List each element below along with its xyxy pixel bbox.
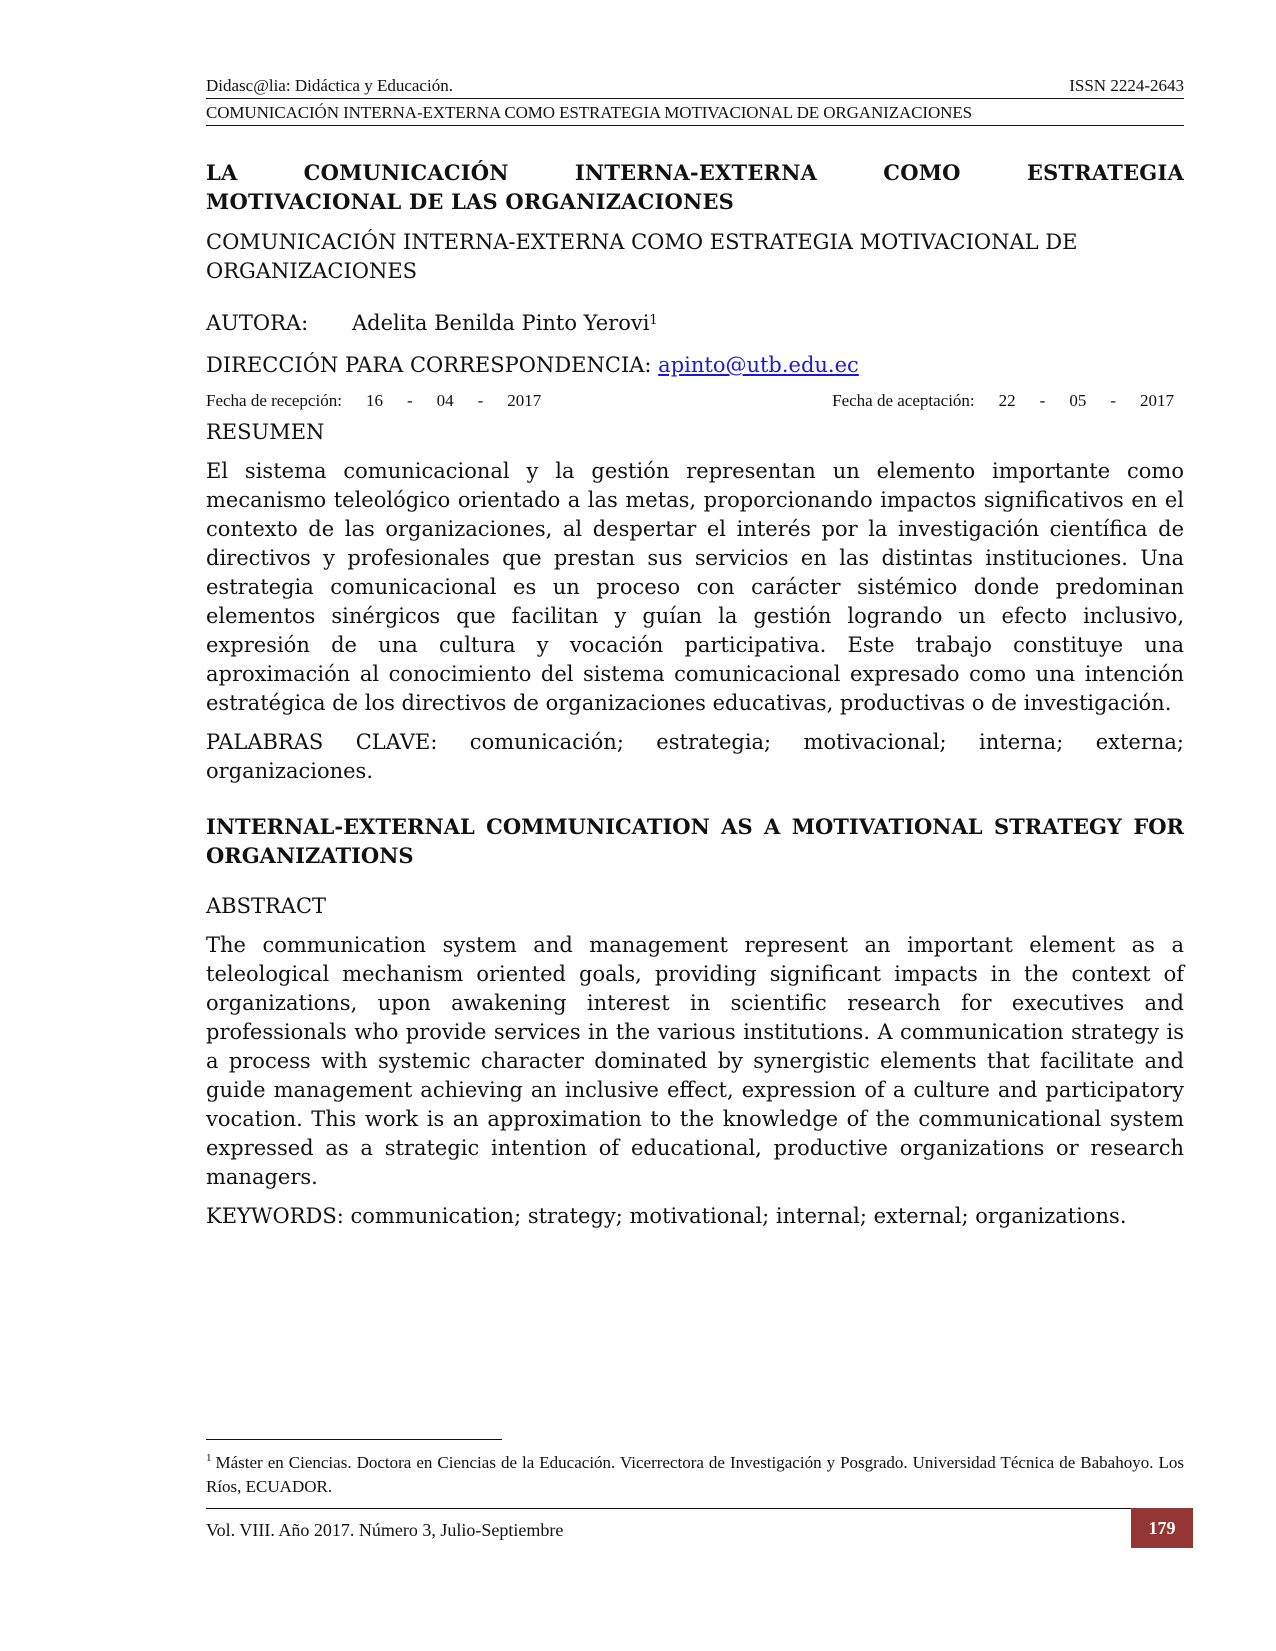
palabras-clave: PALABRAS CLAVE: comunicación; estrategia… — [206, 728, 1184, 786]
footnote-text: Máster en Ciencias. Doctora en Ciencias … — [206, 1453, 1184, 1496]
accepted-year: 2017 — [1140, 390, 1174, 412]
title-word: COMUNICACIÓN — [304, 158, 509, 187]
title-spanish-line1: LA COMUNICACIÓN INTERNA-EXTERNA COMO EST… — [206, 158, 1184, 187]
resumen-heading: RESUMEN — [206, 418, 1184, 447]
received-month: 04 — [437, 390, 454, 412]
title-word: ESTRATEGIA — [1027, 158, 1184, 187]
resumen-text: El sistema comunicacional y la gestión r… — [206, 457, 1184, 718]
title-spanish: LA COMUNICACIÓN INTERNA-EXTERNA COMO EST… — [206, 158, 1184, 216]
keywords: KEYWORDS: communication; strategy; motiv… — [206, 1202, 1184, 1231]
footnote-separator — [206, 1439, 502, 1440]
title-word: INTERNA-EXTERNA — [575, 158, 817, 187]
footnote: 1Máster en Ciencias. Doctora en Ciencias… — [206, 1446, 1184, 1499]
issue-info: Vol. VIII. Año 2017. Número 3, Julio-Sep… — [206, 1516, 563, 1544]
correspondence-line: DIRECCIÓN PARA CORRESPONDENCIA: apinto@u… — [206, 351, 1184, 380]
date-separator: - — [1110, 390, 1116, 412]
received-label: Fecha de recepción: — [206, 390, 342, 412]
document-page: Didasc@lia: Didáctica y Educación. ISSN … — [0, 0, 1276, 1651]
author-label: AUTORA: — [206, 309, 352, 338]
accepted-date: Fecha de aceptación: 22 - 05 - 2017 — [832, 390, 1174, 412]
abstract-heading: ABSTRACT — [206, 892, 1184, 921]
footer-rule — [206, 1508, 1131, 1509]
author-name: Adelita Benilda Pinto Yerovi — [352, 311, 649, 335]
accepted-month: 05 — [1069, 390, 1086, 412]
footnote-mark: 1 — [206, 1452, 212, 1464]
running-header-top: Didasc@lia: Didáctica y Educación. ISSN … — [206, 74, 1184, 99]
received-day: 16 — [366, 390, 383, 412]
correspondence-label: DIRECCIÓN PARA CORRESPONDENCIA: — [206, 353, 651, 377]
dates-row: Fecha de recepción: 16 - 04 - 2017 Fecha… — [206, 390, 1184, 412]
accepted-label: Fecha de aceptación: — [832, 390, 975, 412]
date-separator: - — [478, 390, 484, 412]
subtitle: COMUNICACIÓN INTERNA-EXTERNA COMO ESTRAT… — [206, 228, 1184, 286]
footnote-ref[interactable]: 1 — [649, 313, 657, 328]
running-header: Didasc@lia: Didáctica y Educación. ISSN … — [206, 74, 1184, 126]
page-number: 179 — [1131, 1508, 1193, 1548]
abstract-text: The communication system and management … — [206, 931, 1184, 1192]
received-date: Fecha de recepción: 16 - 04 - 2017 — [206, 390, 541, 412]
date-separator: - — [1040, 390, 1046, 412]
article-body: LA COMUNICACIÓN INTERNA-EXTERNA COMO EST… — [206, 158, 1184, 1231]
received-year: 2017 — [507, 390, 541, 412]
title-spanish-line2: MOTIVACIONAL DE LAS ORGANIZACIONES — [206, 187, 1184, 216]
title-english: INTERNAL-EXTERNAL COMMUNICATION AS A MOT… — [206, 812, 1184, 870]
accepted-day: 22 — [999, 390, 1016, 412]
title-word: LA — [206, 158, 237, 187]
title-word: COMO — [883, 158, 960, 187]
author-line: AUTORA:Adelita Benilda Pinto Yerovi1 — [206, 306, 1184, 338]
journal-name: Didasc@lia: Didáctica y Educación. — [206, 74, 453, 98]
date-separator: - — [407, 390, 413, 412]
issn: ISSN 2224-2643 — [1069, 74, 1184, 98]
email-link[interactable]: apinto@utb.edu.ec — [658, 353, 859, 377]
running-short-title: COMUNICACIÓN INTERNA-EXTERNA COMO ESTRAT… — [206, 99, 1184, 126]
